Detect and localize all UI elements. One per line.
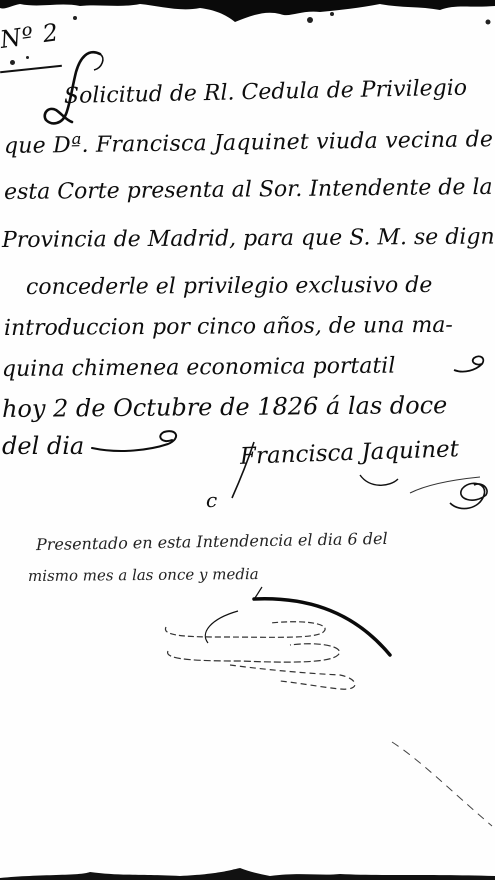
body-line-5: introduccion por cinco años, de una ma- bbox=[4, 313, 453, 341]
stray-mark: c bbox=[206, 488, 217, 512]
signature-stroke bbox=[228, 440, 258, 500]
ink-speck bbox=[10, 60, 15, 65]
scan-edge-top bbox=[0, 0, 495, 30]
registry-note-line-2: mismo mes a las once y media bbox=[28, 565, 259, 585]
body-line-2: esta Corte presenta al Sor. Intendente d… bbox=[4, 175, 493, 205]
body-line-6: quina chimenea economica portatil bbox=[2, 354, 396, 382]
faint-diagonal-mark bbox=[390, 740, 495, 830]
body-line-3: Provincia de Madrid, para que S. M. se d… bbox=[2, 224, 495, 253]
date-line-2: del dia bbox=[2, 432, 84, 460]
flourish-del-dia bbox=[90, 420, 190, 460]
registry-note-line-1: Presentado en esta Intendencia el dia 6 … bbox=[36, 529, 388, 554]
date-line-1: hoy 2 de Octubre de 1826 á las doce bbox=[2, 391, 448, 423]
body-line-4: concederle el privilegio exclusivo de bbox=[26, 273, 432, 300]
document-title: Solicitud de Rl. Cedula de Privilegio bbox=[64, 76, 468, 109]
scan-edge-bottom bbox=[0, 866, 495, 880]
flourish-portatil bbox=[452, 352, 492, 380]
ink-speck bbox=[26, 56, 29, 59]
registry-rubric bbox=[150, 585, 430, 695]
signature-rubric bbox=[350, 465, 495, 515]
body-line-1: que Dª. Francisca Jaquinet viuda vecina … bbox=[4, 127, 493, 159]
manuscript-page: Nº 2 Solicitud de Rl. Cedula de Privileg… bbox=[0, 0, 495, 880]
